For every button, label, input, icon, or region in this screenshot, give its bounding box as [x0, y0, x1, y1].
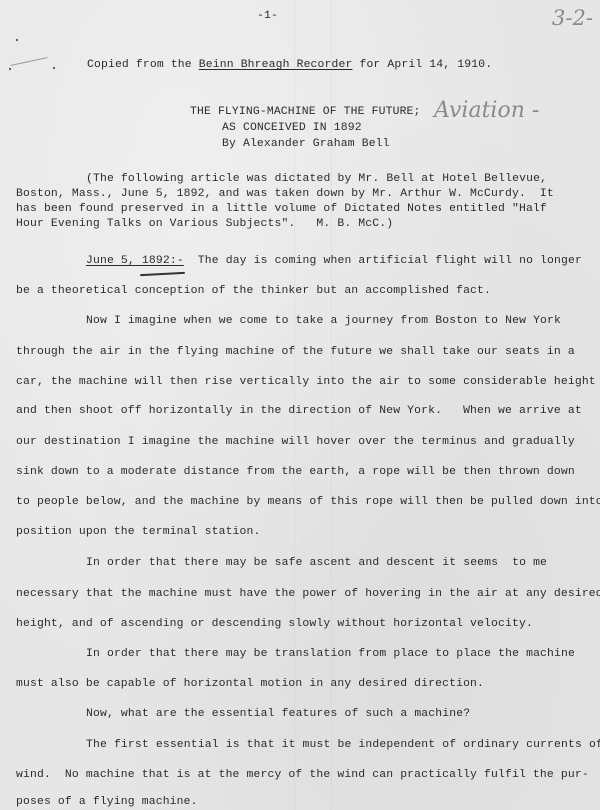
- margin-mark: [9, 68, 11, 70]
- margin-mark: [16, 39, 18, 41]
- margin-mark: [10, 57, 47, 66]
- editor-note-line: Boston, Mass., June 5, 1892, and was tak…: [16, 188, 554, 200]
- body-line: be a theoretical conception of the think…: [16, 285, 491, 297]
- body-line: must also be capable of horizontal motio…: [16, 678, 484, 690]
- title-line-1: THE FLYING-MACHINE OF THE FUTURE;: [190, 106, 421, 118]
- body-line: The day is coming when artificial flight…: [184, 255, 582, 267]
- body-line: necessary that the machine must have the…: [16, 588, 600, 600]
- source-prefix: Copied from the: [87, 59, 199, 71]
- body-line: height, and of ascending or descending s…: [16, 618, 533, 630]
- byline: By Alexander Graham Bell: [222, 138, 390, 150]
- body-line: poses of a flying machine.: [16, 796, 198, 808]
- body-line: wind. No machine that is at the mercy of…: [16, 769, 589, 781]
- body-line: In order that there may be translation f…: [86, 648, 575, 660]
- body-first-line: June 5, 1892:- The day is coming when ar…: [86, 255, 582, 267]
- publication-name: Beinn Bhreagh Recorder: [199, 59, 353, 71]
- body-line: The first essential is that it must be i…: [86, 739, 600, 751]
- source-line: Copied from the Beinn Bhreagh Recorder f…: [87, 59, 492, 71]
- body-line: and then shoot off horizontally in the d…: [16, 405, 582, 417]
- body-line: through the air in the flying machine of…: [16, 346, 575, 358]
- body-line: to people below, and the machine by mean…: [16, 496, 600, 508]
- source-suffix: for April 14, 1910.: [352, 59, 492, 71]
- handwritten-corner-note: 3-2-: [552, 6, 593, 30]
- body-line: In order that there may be safe ascent a…: [86, 557, 547, 569]
- body-line: sink down to a moderate distance from th…: [16, 466, 575, 478]
- body-line: position upon the terminal station.: [16, 526, 261, 538]
- body-line: Now, what are the essential features of …: [86, 708, 470, 720]
- date-label: June 5, 1892:-: [86, 255, 184, 267]
- editor-note-line: has been found preserved in a little vol…: [16, 203, 547, 215]
- body-line: our destination I imagine the machine wi…: [16, 436, 575, 448]
- body-line: Now I imagine when we come to take a jou…: [86, 315, 561, 327]
- body-line: car, the machine will then rise vertical…: [16, 376, 596, 388]
- pencil-underline-mark: [140, 272, 185, 276]
- margin-mark: [53, 67, 55, 69]
- document-page: -1- 3-2- Copied from the Beinn Bhreagh R…: [0, 0, 600, 810]
- editor-note-line: (The following article was dictated by M…: [86, 173, 547, 185]
- page-number: -1-: [257, 10, 278, 22]
- title-line-2: AS CONCEIVED IN 1892: [222, 122, 362, 134]
- handwritten-topic-note: Aviation -: [434, 98, 539, 123]
- editor-note-line: Hour Evening Talks on Various Subjects".…: [16, 218, 393, 230]
